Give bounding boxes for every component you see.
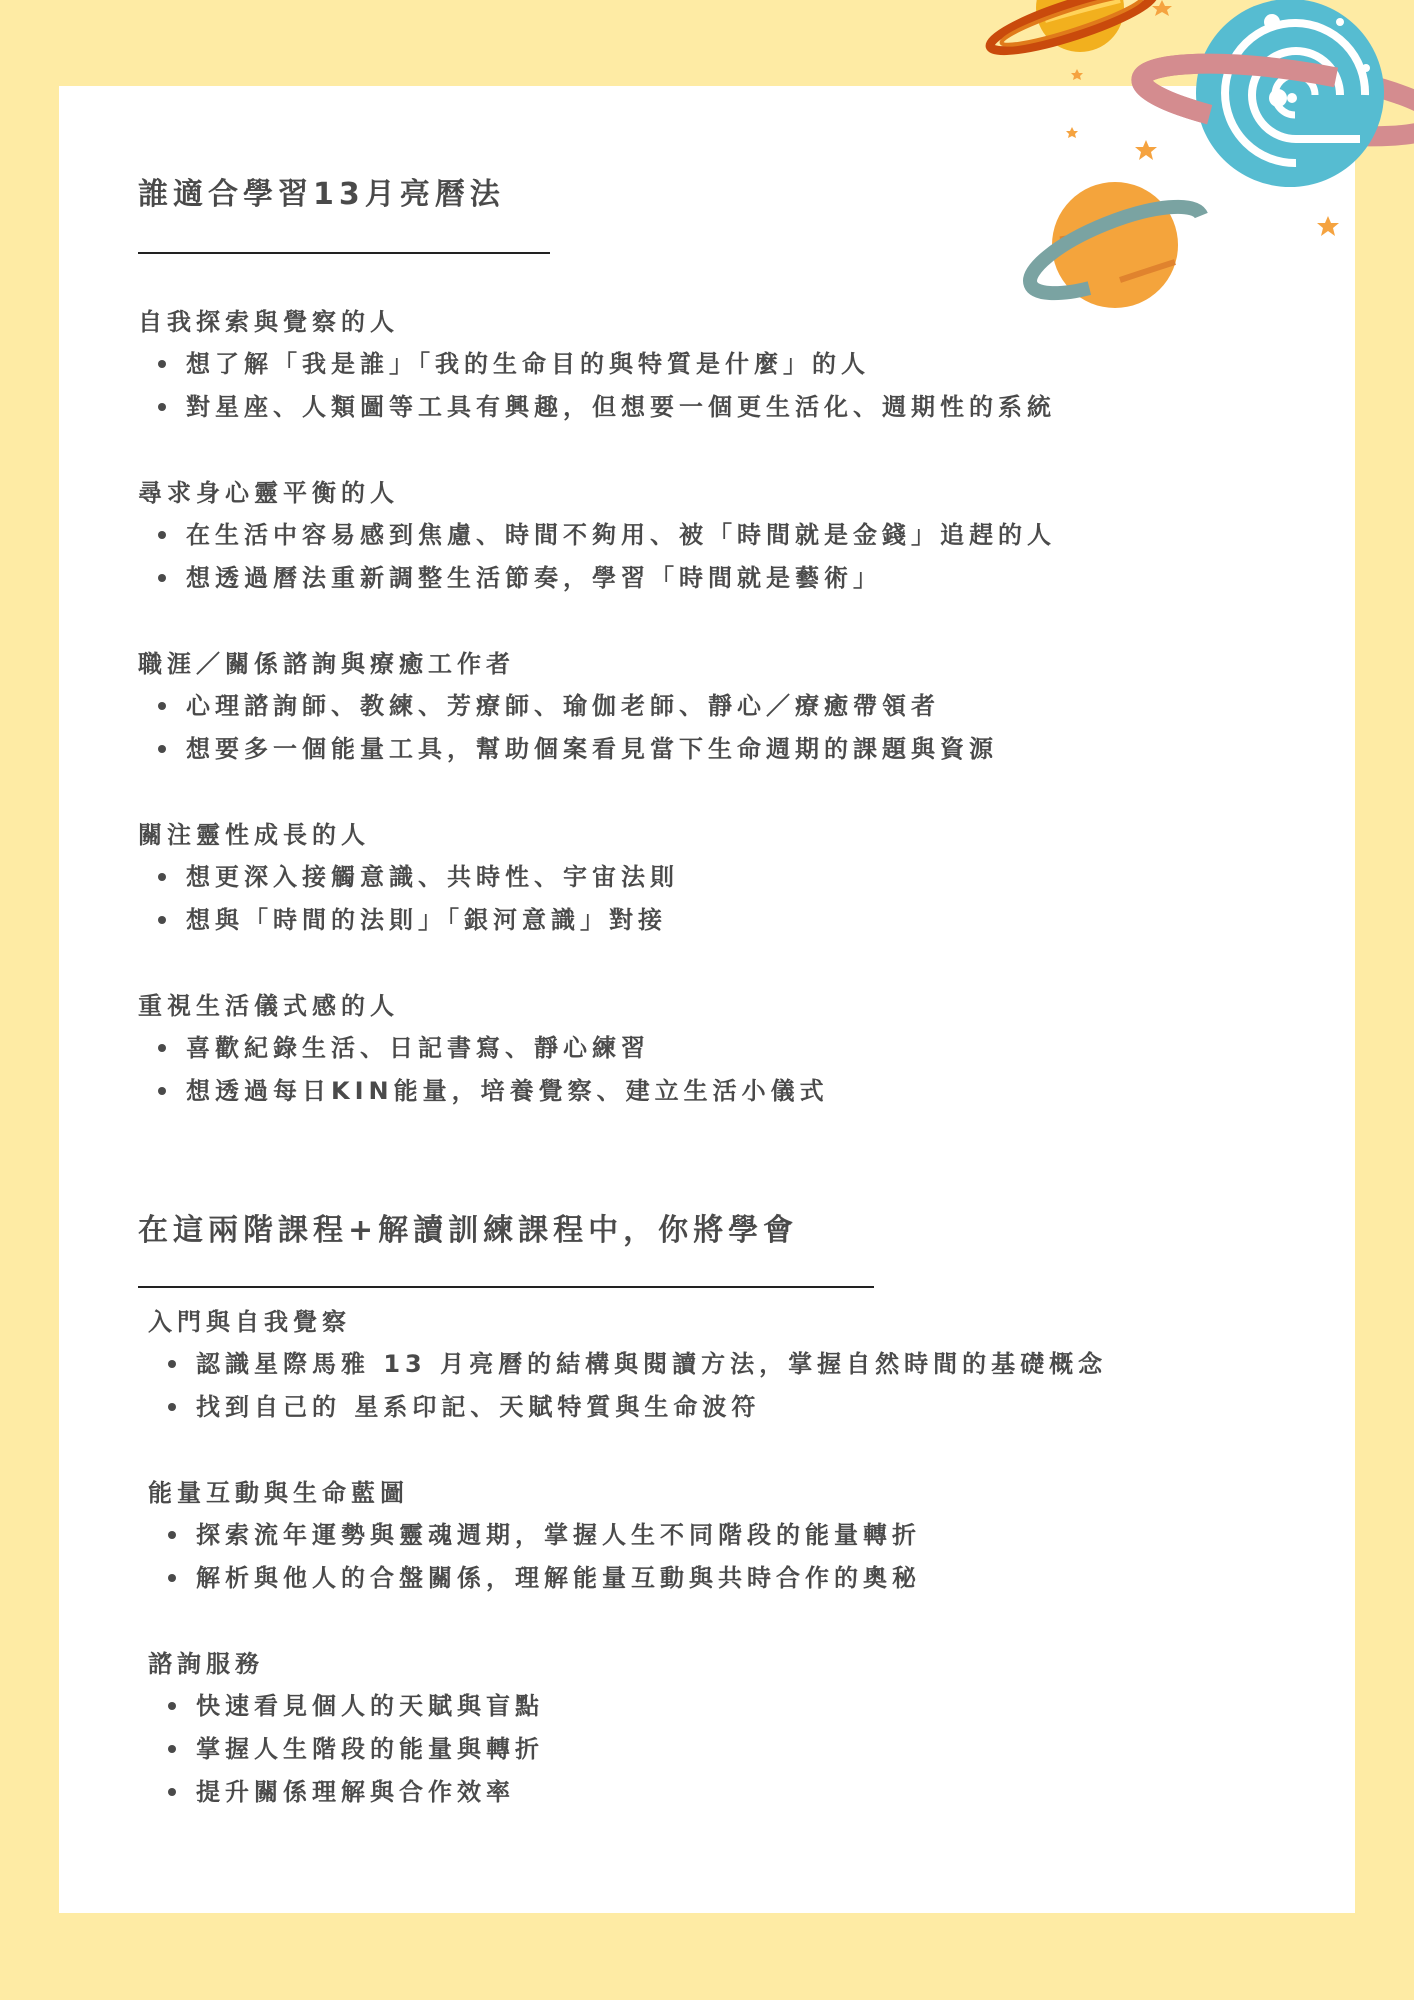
bullet-icon (168, 1788, 176, 1796)
list-item-text: 想更深入接觸意識、共時性、宇宙法則 (186, 863, 679, 891)
list-item: 想透過每日KIN能量，培養覺察、建立生活小儀式 (138, 1079, 829, 1122)
bullet-icon (168, 1360, 176, 1368)
list-item: 掌握人生階段的能量與轉折 (148, 1737, 544, 1780)
section-title: 關注靈性成長的人 (138, 823, 679, 865)
list-item-text: 提升關係理解與合作效率 (196, 1778, 515, 1806)
learning-section: 能量互動與生命藍圖 探索流年運勢與靈魂週期，掌握人生不同階段的能量轉折 解析與他… (148, 1481, 921, 1609)
audience-section: 自我探索與覺察的人 想了解「我是誰」「我的生命目的與特質是什麼」的人 對星座、人… (138, 310, 1056, 438)
section-title: 自我探索與覺察的人 (138, 310, 1056, 352)
list-item: 對星座、人類圖等工具有興趣，但想要一個更生活化、週期性的系統 (138, 395, 1056, 438)
list-item: 探索流年運勢與靈魂週期，掌握人生不同階段的能量轉折 (148, 1523, 921, 1566)
bullet-icon (158, 403, 166, 411)
audience-section: 關注靈性成長的人 想更深入接觸意識、共時性、宇宙法則 想與「時間的法則」「銀河意… (138, 823, 679, 951)
audience-section: 尋求身心靈平衡的人 在生活中容易感到焦慮、時間不夠用、被「時間就是金錢」追趕的人… (138, 481, 1056, 609)
list-item-text: 掌握人生階段的能量與轉折 (196, 1735, 544, 1763)
heading-underline (138, 1286, 874, 1288)
bullet-icon (158, 873, 166, 881)
bullet-icon (158, 1044, 166, 1052)
list-item: 解析與他人的合盤關係，理解能量互動與共時合作的奧秘 (148, 1566, 921, 1609)
list-item-text: 認識星際馬雅 13 月亮曆的結構與閱讀方法，掌握自然時間的基礎概念 (196, 1350, 1107, 1378)
list-item: 找到自己的 星系印記、天賦特質與生命波符 (148, 1395, 1107, 1438)
section-title: 職涯／關係諮詢與療癒工作者 (138, 652, 998, 694)
section-title: 能量互動與生命藍圖 (148, 1481, 921, 1523)
bullet-icon (168, 1403, 176, 1411)
learning-section: 入門與自我覺察 認識星際馬雅 13 月亮曆的結構與閱讀方法，掌握自然時間的基礎概… (148, 1310, 1107, 1438)
list-item-text: 心理諮詢師、教練、芳療師、瑜伽老師、靜心／療癒帶領者 (186, 692, 940, 720)
list-item-text: 想要多一個能量工具，幫助個案看見當下生命週期的課題與資源 (186, 735, 998, 763)
list-item-text: 想透過曆法重新調整生活節奏，學習「時間就是藝術」 (186, 564, 882, 592)
list-item-text: 探索流年運勢與靈魂週期，掌握人生不同階段的能量轉折 (196, 1521, 921, 1549)
list-item-text: 想了解「我是誰」「我的生命目的與特質是什麼」的人 (186, 350, 870, 378)
list-item: 認識星際馬雅 13 月亮曆的結構與閱讀方法，掌握自然時間的基礎概念 (148, 1352, 1107, 1395)
list-item: 想更深入接觸意識、共時性、宇宙法則 (138, 865, 679, 908)
list-item: 心理諮詢師、教練、芳療師、瑜伽老師、靜心／療癒帶領者 (138, 694, 998, 737)
list-item: 想要多一個能量工具，幫助個案看見當下生命週期的課題與資源 (138, 737, 998, 780)
bullet-icon (168, 1531, 176, 1539)
section-title: 尋求身心靈平衡的人 (138, 481, 1056, 523)
list-item-text: 快速看見個人的天賦與盲點 (196, 1692, 544, 1720)
list-item-text: 想透過每日KIN能量，培養覺察、建立生活小儀式 (186, 1077, 829, 1105)
audience-section: 重視生活儀式感的人 喜歡紀錄生活、日記書寫、靜心練習 想透過每日KIN能量，培養… (138, 994, 829, 1122)
section-title: 諮詢服務 (148, 1652, 544, 1694)
bullet-icon (168, 1574, 176, 1582)
bullet-icon (168, 1745, 176, 1753)
list-item: 想了解「我是誰」「我的生命目的與特質是什麼」的人 (138, 352, 1056, 395)
list-item-text: 在生活中容易感到焦慮、時間不夠用、被「時間就是金錢」追趕的人 (186, 521, 1056, 549)
bullet-icon (168, 1702, 176, 1710)
page-title: 誰適合學習13月亮曆法 (138, 180, 505, 210)
list-item: 喜歡紀錄生活、日記書寫、靜心練習 (138, 1036, 829, 1079)
section-heading: 在這兩階課程+解讀訓練課程中，你將學會 (138, 1216, 798, 1246)
section-title: 重視生活儀式感的人 (138, 994, 829, 1036)
list-item-text: 對星座、人類圖等工具有興趣，但想要一個更生活化、週期性的系統 (186, 393, 1056, 421)
list-item: 想透過曆法重新調整生活節奏，學習「時間就是藝術」 (138, 566, 1056, 609)
bullet-icon (158, 360, 166, 368)
bullet-icon (158, 1087, 166, 1095)
list-item-text: 解析與他人的合盤關係，理解能量互動與共時合作的奧秘 (196, 1564, 921, 1592)
list-item: 想與「時間的法則」「銀河意識」對接 (138, 908, 679, 951)
section-title: 入門與自我覺察 (148, 1310, 1107, 1352)
list-item: 在生活中容易感到焦慮、時間不夠用、被「時間就是金錢」追趕的人 (138, 523, 1056, 566)
list-item: 提升關係理解與合作效率 (148, 1780, 544, 1823)
list-item-text: 找到自己的 星系印記、天賦特質與生命波符 (196, 1393, 760, 1421)
list-item-text: 喜歡紀錄生活、日記書寫、靜心練習 (186, 1034, 650, 1062)
list-item-text: 想與「時間的法則」「銀河意識」對接 (186, 906, 667, 934)
bullet-icon (158, 745, 166, 753)
audience-section: 職涯／關係諮詢與療癒工作者 心理諮詢師、教練、芳療師、瑜伽老師、靜心／療癒帶領者… (138, 652, 998, 780)
list-item: 快速看見個人的天賦與盲點 (148, 1694, 544, 1737)
learning-section: 諮詢服務 快速看見個人的天賦與盲點 掌握人生階段的能量與轉折 提升關係理解與合作… (148, 1652, 544, 1823)
bullet-icon (158, 702, 166, 710)
bullet-icon (158, 574, 166, 582)
saturn-icon (985, 0, 1158, 62)
bullet-icon (158, 916, 166, 924)
title-underline (138, 252, 550, 254)
bullet-icon (158, 531, 166, 539)
